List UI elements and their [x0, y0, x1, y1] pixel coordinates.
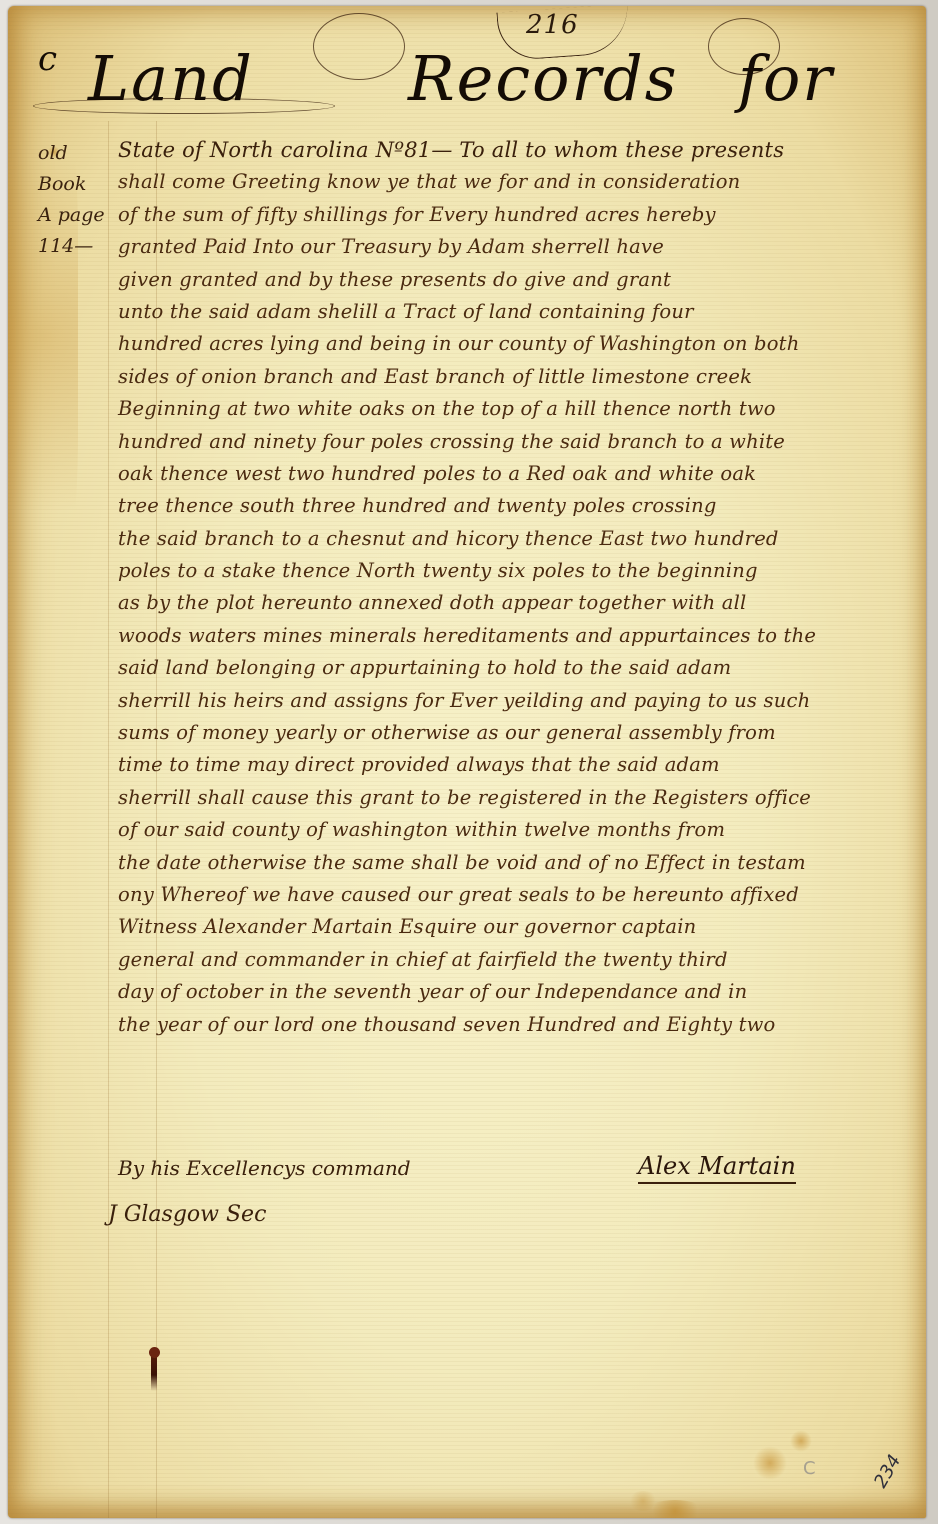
text-line: unto the said adam shelill a Tract of la… [118, 296, 918, 328]
pencil-faint-mark: C [803, 1458, 816, 1479]
text-line: Witness Alexander Martain Esquire our go… [118, 911, 918, 943]
text-line: granted Paid Into our Treasury by Adam s… [118, 231, 918, 263]
document-page: 216 c Land Records for old Book A page 1… [8, 6, 926, 1518]
text-line: poles to a stake thence North twenty six… [118, 555, 918, 587]
text-line: sherrill his heirs and assigns for Ever … [118, 685, 918, 717]
margin-note: old Book A page 114— [38, 138, 118, 262]
text-line: sides of onion branch and East branch of… [118, 361, 918, 393]
title-prefix: c [38, 42, 59, 76]
text-line: time to time may direct provided always … [118, 749, 918, 781]
text-line: sherrill shall cause this grant to be re… [118, 782, 918, 814]
title-word-records: Records [408, 48, 679, 110]
text-line: general and commander in chief at fairfi… [118, 944, 918, 976]
margin-note-line: old [38, 138, 118, 169]
secretary-signature: J Glasgow Sec [108, 1202, 266, 1227]
text-line: woods waters mines minerals hereditament… [118, 620, 918, 652]
text-line: the said branch to a chesnut and hicory … [118, 523, 918, 555]
title-flourish [313, 13, 405, 80]
grant-body-text: State of North carolina Nº81— To all to … [118, 134, 918, 1041]
margin-note-line: Book [38, 169, 118, 200]
text-line: sums of money yearly or otherwise as our… [118, 717, 918, 749]
text-line: said land belonging or appurtaining to h… [118, 652, 918, 684]
text-line: given granted and by these presents do g… [118, 264, 918, 296]
text-line: as by the plot hereunto annexed doth app… [118, 587, 918, 619]
text-line: ony Whereof we have caused our great sea… [118, 879, 918, 911]
closing-row: By his Excellencys command Alex Martain [118, 1156, 898, 1196]
text-line: State of North carolina Nº81— To all to … [118, 134, 918, 166]
text-line: of the sum of fifty shillings for Every … [118, 199, 918, 231]
title-word-land: Land [88, 48, 254, 110]
text-line: Beginning at two white oaks on the top o… [118, 393, 918, 425]
title-word-for: for [738, 48, 834, 110]
foxing-stain [753, 1446, 787, 1480]
governor-signature: Alex Martain [638, 1152, 796, 1184]
text-line: the year of our lord one thousand seven … [118, 1009, 918, 1041]
text-line: hundred acres lying and being in our cou… [118, 328, 918, 360]
command-line: By his Excellencys command [118, 1156, 411, 1180]
foxing-stain [628, 1491, 658, 1511]
text-line: the date otherwise the same shall be voi… [118, 847, 918, 879]
text-line: oak thence west two hundred poles to a R… [118, 458, 918, 490]
foxing-stain [790, 1430, 812, 1452]
document-title: c Land Records for [8, 48, 926, 118]
margin-note-line: A page [38, 200, 118, 231]
ink-blot [151, 1351, 157, 1391]
margin-rule-left [108, 121, 109, 1518]
text-line: tree thence south three hundred and twen… [118, 490, 918, 522]
text-line: day of october in the seventh year of ou… [118, 976, 918, 1008]
text-line: hundred and ninety four poles crossing t… [118, 426, 918, 458]
text-line: shall come Greeting know ye that we for … [118, 166, 918, 198]
margin-note-line: 114— [38, 231, 118, 262]
pencil-corner-number: 234 [870, 1451, 905, 1491]
text-line: of our said county of washington within … [118, 814, 918, 846]
page-number: 216 [526, 10, 579, 40]
